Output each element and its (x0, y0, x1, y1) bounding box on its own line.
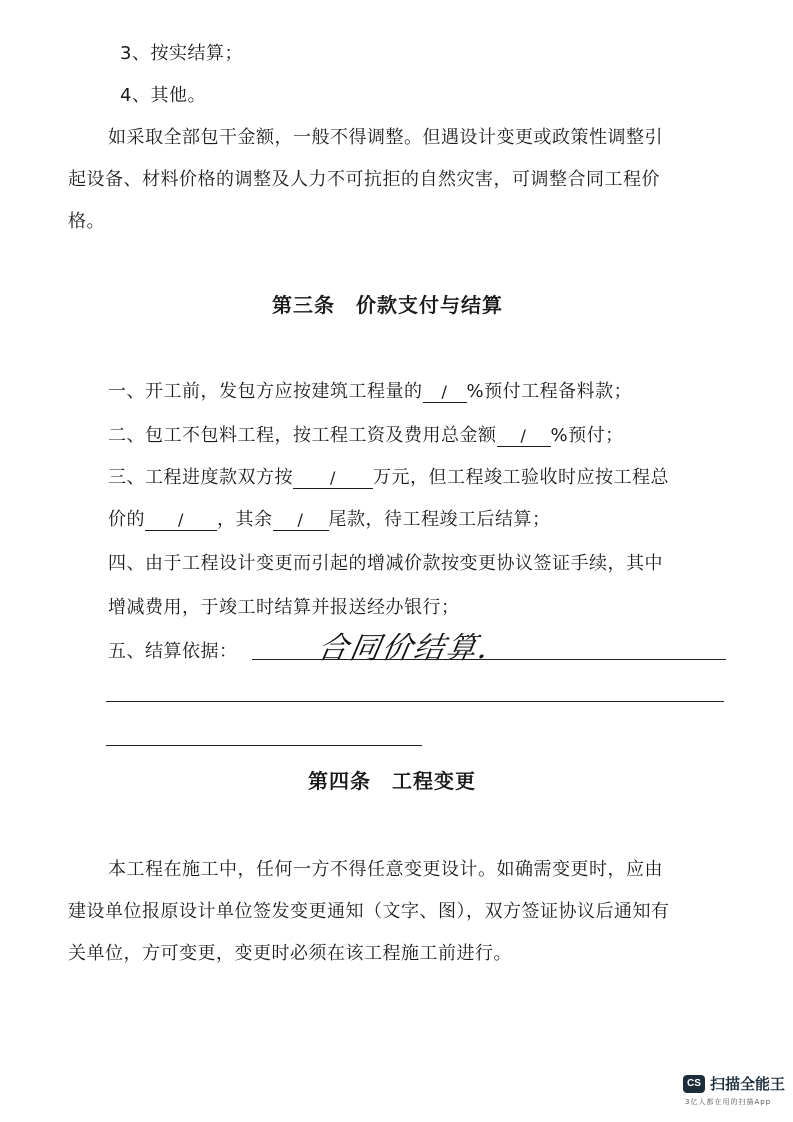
article-3-item-1: 一、开工前，发包方应按建筑工程量的/%预付工程备料款； (108, 380, 632, 404)
item-2-text-after: %预付； (551, 425, 624, 446)
settlement-basis-underline-2 (106, 701, 724, 702)
item-3-line-2-after: 尾款，待工程竣工后结算； (329, 509, 551, 530)
item-3-text-before: 三、工程进度款双方按 (108, 467, 293, 488)
item-3-line-2-mid: ，其余 (217, 509, 273, 530)
article-3-item-4-line-1: 四、由于工程设计变更而引起的增减价款按变更协议签证手续，其中 (108, 552, 663, 576)
item-4-other: 4、其他。 (120, 84, 206, 108)
watermark-app-name: 扫描全能王 (710, 1074, 785, 1094)
article-3-item-4-line-2: 增减费用，于竣工时结算并报送经办银行； (108, 596, 460, 620)
article-3-title: 第三条 价款支付与结算 (272, 292, 503, 318)
item-1-text-before: 一、开工前，发包方应按建筑工程量的 (108, 381, 423, 402)
item-2-blank: / (497, 426, 551, 447)
article-4-line-1: 本工程在施工中，任何一方不得任意变更设计。如确需变更时，应由 (108, 858, 663, 882)
item-2-text-before: 二、包工不包料工程，按工程工资及费用总金额 (108, 425, 497, 446)
item-3-blank-1: / (293, 468, 373, 489)
item-3-blank-2: / (145, 510, 217, 531)
article-3-item-5-label: 五、结算依据： (108, 640, 238, 664)
item-3-blank-3: / (273, 510, 329, 531)
camscanner-logo-icon: CS (683, 1075, 705, 1093)
item-3-text-mid: 万元，但工程竣工验收时应按工程总 (373, 467, 669, 488)
item-1-blank: / (423, 382, 467, 403)
article-4-line-2: 建设单位报原设计单位签发变更通知（文字、图），双方签证协议后通知有 (68, 900, 670, 924)
article-4-title: 第四条 工程变更 (308, 768, 476, 794)
item-3-line-2-before: 价的 (108, 509, 145, 530)
item-3-settle-actual: 3、按实结算； (120, 42, 243, 66)
adjust-paragraph-line-2: 起设备、材料价格的调整及人力不可抗拒的自然灾害，可调整合同工程价 (68, 168, 660, 192)
item-1-text-after: %预付工程备料款； (467, 381, 633, 402)
settlement-basis-underline-3 (106, 745, 422, 746)
article-3-item-2: 二、包工不包料工程，按工程工资及费用总金额/%预付； (108, 424, 624, 448)
watermark-tagline: 3亿人都在用的扫描App (685, 1097, 771, 1107)
adjust-paragraph-line-3: 格。 (68, 210, 105, 234)
article-4-line-3: 关单位，方可变更，变更时必须在该工程施工前进行。 (68, 942, 512, 966)
settlement-basis-underline-1 (252, 659, 726, 660)
settlement-basis-handwritten: 合同价结算. (315, 632, 493, 666)
article-3-item-3-line-2: 价的/，其余/尾款，待工程竣工后结算； (108, 508, 551, 532)
camscanner-watermark: CS 扫描全能王 3亿人都在用的扫描App (683, 1073, 783, 1113)
adjust-paragraph-line-1: 如采取全部包干金额，一般不得调整。但遇设计变更或政策性调整引 (108, 126, 663, 150)
article-3-item-3-line-1: 三、工程进度款双方按/万元，但工程竣工验收时应按工程总 (108, 466, 669, 490)
